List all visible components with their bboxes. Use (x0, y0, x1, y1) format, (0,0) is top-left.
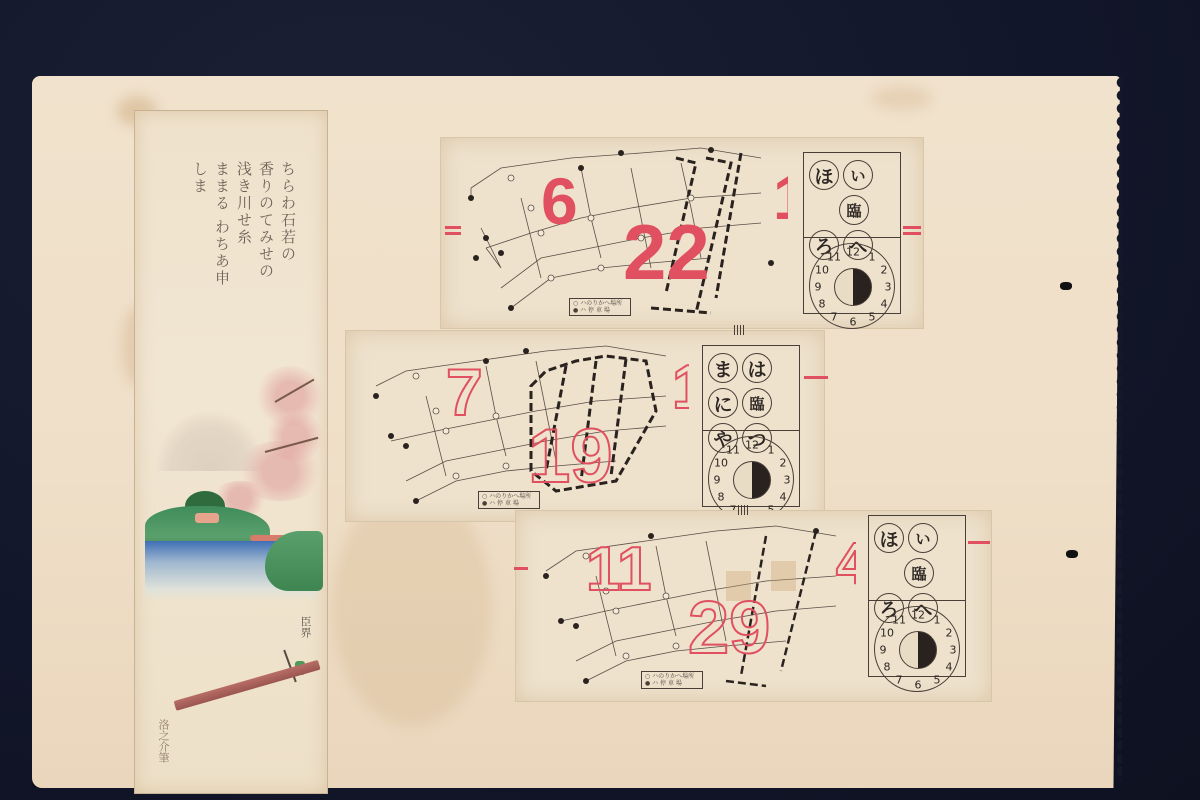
dial-number: 12 (846, 246, 860, 259)
kana-ho: ほ (874, 523, 904, 553)
dial-number: 10 (815, 264, 829, 277)
dial-number: 3 (881, 281, 895, 294)
kana-ma: ま (708, 353, 738, 383)
cut-marks (734, 325, 744, 335)
poem-line: しま (191, 161, 209, 195)
punch-panel: ほ い 臨 ろ へ 12 1 2 3 4 5 6 7 8 9 10 11 (803, 152, 901, 314)
dial-number: 9 (811, 281, 825, 294)
dial-number: 10 (714, 457, 728, 470)
dial-number: 7 (827, 311, 841, 324)
artist-signature: 臣界 (297, 616, 313, 638)
route-map: 11 29 4 ○ ハのりかへ場所 ● ハ 停 車 場 (516, 511, 856, 701)
legend-stop: ● ハ 停 車 場 (645, 680, 699, 687)
hour-stamp: 11 (773, 168, 788, 230)
legend-transfer: ○ ハのりかへ場所 (573, 300, 627, 307)
kana-route-grid: ほ い 臨 ろ へ (808, 157, 896, 235)
route-map: 7 19 11 ○ ハのりかへ場所 ● ハ 停 車 場 (346, 331, 689, 521)
dial-number: 2 (942, 627, 956, 640)
tram-ticket-2: 7 19 11 ○ ハのりかへ場所 ● ハ 停 車 場 ま は に 臨 や つ … (345, 330, 825, 522)
kana-rin: 臨 (904, 558, 934, 588)
dial-number: 11 (827, 251, 841, 264)
legend-transfer: ○ ハのりかへ場所 (645, 673, 699, 680)
punch-hole (1060, 282, 1072, 290)
dial-number: 2 (776, 457, 790, 470)
route-map: 6 22 11 ○ ハのりかへ場所 ● ハ 停 車 場 (441, 138, 788, 328)
kana-i: い (908, 523, 938, 553)
dial-number: 11 (892, 614, 906, 627)
panel-divider (804, 237, 900, 238)
kana-ni: に (708, 388, 738, 418)
dial-number: 1 (764, 444, 778, 457)
month-stamp: 6 (541, 168, 578, 234)
dial-number: 9 (710, 474, 724, 487)
kana-ho: ほ (809, 160, 839, 190)
kana-ha: は (742, 353, 772, 383)
dial-number: 8 (880, 661, 894, 674)
time-dial: 12 1 2 3 4 5 6 7 8 9 10 11 (809, 243, 895, 329)
tram-ticket-1: 6 22 11 ○ ハのりかへ場所 ● ハ 停 車 場 ほ い 臨 ろ へ 12… (440, 137, 924, 329)
artist-seal-signature: 洛之介筆 (155, 719, 171, 763)
red-edge-mark (968, 541, 990, 544)
legend-stop: ● ハ 停 車 場 (573, 307, 627, 314)
red-edge-mark (903, 226, 921, 229)
poem-line: 浅き川せ糸 (235, 161, 253, 246)
calligraphy-poem: ちらわ石若の 香りのてみせの 浅き川せ糸 ままる わちあ申 しま (189, 161, 299, 401)
red-edge-mark (445, 232, 461, 235)
dial-number: 8 (815, 298, 829, 311)
day-stamp: 22 (623, 213, 710, 291)
time-dial: 12 1 2 3 4 5 6 7 8 9 10 11 (874, 606, 960, 692)
kana-i: い (843, 160, 873, 190)
day-stamp: 29 (688, 591, 770, 665)
dial-number: 1 (865, 251, 879, 264)
red-edge-mark (445, 226, 461, 229)
transfer-dial-center (834, 268, 872, 306)
hour-stamp: 11 (672, 357, 689, 419)
transfer-dial-center (733, 461, 771, 499)
poem-line: ままる わちあ申 (213, 161, 231, 287)
dial-number: 10 (880, 627, 894, 640)
timber-raft (174, 660, 321, 711)
legend-transfer: ○ ハのりかへ場所 (482, 493, 536, 500)
tram-ticket-3: 11 29 4 ○ ハのりかへ場所 ● ハ 停 車 場 ほ い 臨 ろ へ 12… (515, 510, 992, 702)
poem-line: 香りのてみせの (257, 161, 275, 280)
foxing-stain (332, 486, 492, 726)
dial-number: 6 (911, 679, 925, 692)
day-stamp: 19 (528, 419, 613, 495)
foxing-stain (872, 86, 932, 110)
dial-number: 5 (930, 674, 944, 687)
punch-hole (1066, 550, 1078, 558)
house-roof (195, 513, 219, 523)
red-edge-mark (804, 376, 828, 379)
month-stamp: 11 (586, 539, 652, 601)
red-edge-mark (514, 567, 528, 570)
map-legend: ○ ハのりかへ場所 ● ハ 停 車 場 (569, 298, 631, 316)
dial-number: 7 (892, 674, 906, 687)
dial-number: 3 (780, 474, 794, 487)
dial-number: 5 (865, 311, 879, 324)
kana-rin: 臨 (742, 388, 772, 418)
kana-rin: 臨 (839, 195, 869, 225)
map-legend: ○ ハのりかへ場所 ● ハ 停 車 場 (478, 491, 540, 509)
transfer-dial-center (899, 631, 937, 669)
map-legend: ○ ハのりかへ場所 ● ハ 停 車 場 (641, 671, 703, 689)
month-stamp: 7 (446, 359, 483, 425)
dial-number: 4 (877, 298, 891, 311)
deckled-page-edge (1108, 76, 1122, 781)
dial-number: 1 (930, 614, 944, 627)
dial-number: 12 (911, 609, 925, 622)
panel-divider (703, 430, 799, 431)
dial-number: 12 (745, 439, 759, 452)
kana-route-grid: ま は に 臨 や つ (707, 350, 795, 428)
dial-number: 11 (726, 444, 740, 457)
punch-panel: ほ い 臨 ろ へ 12 1 2 3 4 5 6 7 8 9 10 11 (868, 515, 966, 677)
panel-divider (869, 600, 965, 601)
red-edge-mark (903, 232, 921, 235)
dial-number: 3 (946, 644, 960, 657)
cut-marks (738, 505, 748, 515)
dial-number: 4 (776, 491, 790, 504)
dial-number: 4 (942, 661, 956, 674)
poem-line: ちらわ石若の (279, 161, 297, 263)
kana-route-grid: ほ い 臨 ろ へ (873, 520, 961, 598)
dial-number: 8 (714, 491, 728, 504)
hour-stamp: 4 (836, 535, 856, 593)
punch-panel: ま は に 臨 や つ 12 1 2 3 4 5 6 7 8 9 10 11 (702, 345, 800, 507)
dial-number: 2 (877, 264, 891, 277)
woodblock-print: ちらわ石若の 香りのてみせの 浅き川せ糸 ままる わちあ申 しま 臣界 洛之介筆 (134, 110, 328, 794)
dial-number: 9 (876, 644, 890, 657)
dial-number: 6 (846, 316, 860, 329)
legend-stop: ● ハ 停 車 場 (482, 500, 536, 507)
